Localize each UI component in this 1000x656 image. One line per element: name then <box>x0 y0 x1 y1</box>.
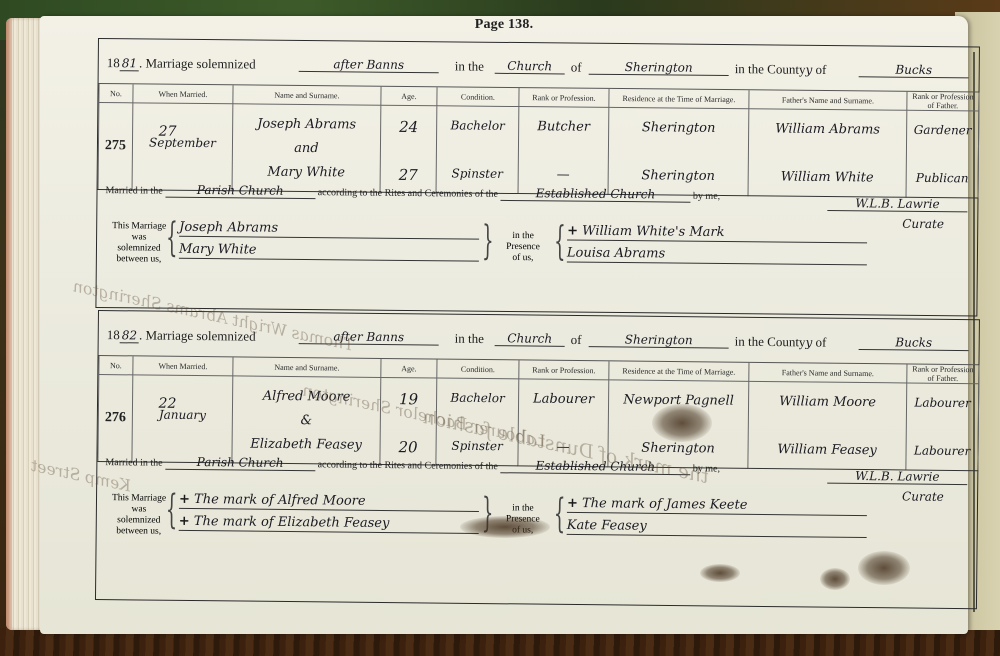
column-header: Residence at the Time of Marriage. <box>609 89 749 109</box>
groom-age: 24 <box>381 118 436 137</box>
register-text: Louisa Abrams <box>567 246 665 262</box>
bride-name: Elizabeth Feasey <box>233 436 380 453</box>
register-text: The mark of Alfred Moore <box>194 492 366 509</box>
register-text: The mark of Elizabeth Feasey <box>194 514 390 531</box>
groom-residence: Newport Pagnell <box>609 392 748 408</box>
column-header: Condition. <box>437 360 519 379</box>
married-in-field: Parish Church <box>165 183 315 199</box>
column-header: Name and Surname. <box>233 85 381 105</box>
bride-father: William White <box>749 169 906 186</box>
register-text: of <box>571 332 582 348</box>
register-text: BachelorSpinster <box>436 106 519 194</box>
register-text: of <box>815 335 826 350</box>
column-header: Condition. <box>437 87 519 106</box>
register-text: 2427 <box>380 105 437 193</box>
county-field: Bucks <box>859 335 969 351</box>
register-text: Labourer— <box>518 379 608 466</box>
register-text: was <box>105 232 173 244</box>
column-header: Age. <box>381 87 437 106</box>
register-page: Page 138. 1881. Marriage solemnized afte… <box>40 16 968 634</box>
county-field: Bucks <box>859 62 969 78</box>
brace: } <box>482 221 494 261</box>
register-text: William MooreWilliam Feasey <box>748 381 907 470</box>
party-signature-1: + The mark of Alfred Moore <box>179 492 479 512</box>
register-text: in the <box>495 231 551 243</box>
groom-age: 19 <box>381 390 436 409</box>
bride-rank: — <box>519 439 608 455</box>
witness-signature-1: + The mark of James Keete <box>567 496 867 516</box>
column-header: Rank or Profession of Father. <box>907 364 979 383</box>
register-text: y <box>805 63 812 77</box>
register-text: in the County <box>735 61 806 77</box>
bride-residence: Sherington <box>609 168 748 184</box>
register-text: The mark of James Keete <box>582 496 748 513</box>
register-text: 276 <box>98 375 133 462</box>
solemnized-by-field: after Banns <box>299 329 439 345</box>
register-text: in the <box>455 331 484 347</box>
column-header: Father's Name and Surname. <box>749 363 907 383</box>
bride-age: 20 <box>380 438 435 457</box>
presence-label: in thePresenceof us, <box>495 503 551 537</box>
register-text: William AbramsWilliam White <box>749 109 907 197</box>
conjunction: & <box>233 412 380 429</box>
page-number: Page 138. <box>40 17 968 33</box>
register-text: GardenerPublican <box>907 111 979 198</box>
register-text: 27September <box>133 103 233 190</box>
place-type-field: Church <box>495 331 565 347</box>
register-text: SheringtonSherington <box>609 108 749 195</box>
marriage-month: September <box>133 135 232 150</box>
register-text: Presence <box>495 242 551 254</box>
register-text: solemnized <box>105 515 173 527</box>
register-text: according to the Rites and Ceremonies of… <box>318 187 498 200</box>
groom-rank: Labourer <box>519 391 608 407</box>
officiant-title: Curate <box>902 217 944 231</box>
between-us-label: This Marriagewassolemnizedbetween us, <box>105 221 173 266</box>
brace: { <box>166 490 178 530</box>
groom-father: William Abrams <box>749 121 906 138</box>
place-type-field: Church <box>495 59 565 75</box>
register-text: by me, <box>693 463 720 474</box>
register-text: SheringtonSherington <box>608 107 749 195</box>
register-text: Joseph AbramsandMary White <box>233 104 381 191</box>
register-text: 18 <box>107 55 120 70</box>
register-text: BachelorSpinster <box>436 379 518 466</box>
column-header: Age. <box>381 359 437 378</box>
register-text: . Marriage solemnized <box>139 327 256 343</box>
register-text: BachelorSpinster <box>436 378 519 466</box>
party-signature-2: Mary White <box>179 242 479 262</box>
entry-number: 275 <box>99 138 132 154</box>
brace: } <box>482 493 494 533</box>
register-text: of us, <box>495 253 551 265</box>
year-suffix: 81 <box>120 56 139 71</box>
column-header: No. <box>99 356 133 375</box>
register-text: Newport PagnellSherington <box>608 380 748 467</box>
column-header: When Married. <box>133 356 233 376</box>
witness-signature-2: Kate Feasey <box>567 518 867 538</box>
cross-mark: + <box>179 514 190 529</box>
register-text: of <box>815 62 826 77</box>
brace: { <box>554 494 566 534</box>
register-text: Presence <box>495 514 551 526</box>
party-signature-1: Joseph Abrams <box>179 220 479 240</box>
groom-condition: Bachelor <box>437 118 518 133</box>
register-text: in the <box>455 58 484 74</box>
groom-name: Alfred Moore <box>233 388 380 405</box>
groom-name: Joseph Abrams <box>233 116 380 132</box>
register-text: Alfred Moore&Elizabeth Feasey <box>232 376 381 465</box>
register-text: BachelorSpinster <box>437 106 519 193</box>
officiant-title: Curate <box>902 489 944 503</box>
register-text: Married in the <box>105 185 162 197</box>
marriage-month: January <box>133 407 232 422</box>
register-text: was <box>105 504 173 516</box>
bride-residence: Sherington <box>609 440 748 456</box>
column-header: Father's Name and Surname. <box>749 90 907 110</box>
marriage-entry-275: 1881. Marriage solemnized after Banns in… <box>95 38 980 316</box>
register-text: Labourer— <box>518 379 609 467</box>
conjunction: and <box>233 140 380 156</box>
register-text: Joseph AbramsandMary White <box>232 104 381 192</box>
bride-father-rank: Publican <box>907 171 978 186</box>
rites-field: Established Church <box>500 458 690 475</box>
parish-field: Sherington <box>589 60 729 76</box>
presence-label: in thePresenceof us, <box>495 231 551 265</box>
register-text: Butcher— <box>519 107 609 194</box>
register-text: y <box>805 335 812 349</box>
solemnized-by-field: after Banns <box>299 57 439 73</box>
register-text: of us, <box>495 525 551 537</box>
register-text: Mary White <box>179 242 257 258</box>
column-header: Rank or Profession. <box>519 360 609 379</box>
cross-mark: + <box>567 224 578 239</box>
brace: { <box>166 218 178 258</box>
register-text: in the Countyy of <box>735 61 827 78</box>
bride-rank: — <box>519 167 608 183</box>
register-text: between us, <box>105 526 173 538</box>
rites-field: Established Church <box>500 186 690 203</box>
register-text: Kate Feasey <box>567 518 647 534</box>
register-text: 22January <box>132 375 232 462</box>
column-header: Rank or Profession. <box>519 88 609 107</box>
register-text: 22January <box>132 375 233 463</box>
register-text: 1881. Marriage solemnized <box>107 55 256 72</box>
groom-condition: Bachelor <box>437 391 518 406</box>
groom-rank: Butcher <box>519 119 608 135</box>
bride-father: William Feasey <box>748 442 905 459</box>
register-text: LabourerLabourer <box>906 383 978 470</box>
marriage-entry-276: 1882. Marriage solemnized after Banns in… <box>95 310 980 609</box>
cross-mark: + <box>567 496 578 511</box>
entry-number: 276 <box>99 410 132 426</box>
register-text: This Marriage <box>105 493 173 505</box>
register-text: solemnized <box>105 243 173 255</box>
cross-mark: + <box>179 492 190 507</box>
party-signature-2: + The mark of Elizabeth Feasey <box>179 514 479 534</box>
register-text: 1920 <box>380 378 436 465</box>
register-text: 18 <box>107 327 120 342</box>
register-text: Alfred Moore&Elizabeth Feasey <box>232 376 380 464</box>
witness-signature-1: + William White's Mark <box>567 224 867 244</box>
groom-residence: Sherington <box>609 120 748 136</box>
register-text: in the Countyy of <box>735 334 827 351</box>
register-table: No.When Married.Name and Surname.Age.Con… <box>98 84 980 198</box>
register-text: William AbramsWilliam White <box>748 109 907 198</box>
register-text: in the <box>495 503 551 515</box>
register-text: 27September <box>132 103 233 191</box>
register-text: . Marriage solemnized <box>139 55 256 71</box>
column-header: Name and Surname. <box>233 357 381 377</box>
register-text: 275 <box>98 103 133 190</box>
column-header: Rank or Profession of Father. <box>907 92 979 111</box>
register-text: GardenerPublican <box>906 110 979 198</box>
year-suffix: 82 <box>120 328 139 343</box>
officiant-signature: W.L.B. Lawrie <box>827 196 967 212</box>
register-text: Butcher— <box>518 107 609 195</box>
groom-father-rank: Gardener <box>907 123 978 138</box>
register-text: according to the Rites and Ceremonies of… <box>318 459 498 472</box>
groom-father-rank: Labourer <box>907 395 978 410</box>
bride-age: 27 <box>381 166 436 185</box>
witness-signature-2: Louisa Abrams <box>567 246 867 266</box>
bride-name: Mary White <box>233 164 380 180</box>
column-header: Residence at the Time of Marriage. <box>609 361 749 381</box>
groom-father: William Moore <box>749 394 906 411</box>
register-text: 1920 <box>380 377 437 465</box>
bride-condition: Spinster <box>437 166 518 181</box>
register-text: Newport PagnellSherington <box>608 380 749 468</box>
brace: { <box>554 221 566 261</box>
register-text: William MooreWilliam Feasey <box>748 382 906 470</box>
register-text: This Marriage <box>105 221 173 233</box>
register-text: LabourerLabourer <box>906 383 979 471</box>
column-header: No. <box>99 84 133 103</box>
bride-father-rank: Labourer <box>907 443 978 458</box>
register-text: 2427 <box>381 106 437 193</box>
register-text: 1882. Marriage solemnized <box>107 327 256 345</box>
parish-field: Sherington <box>589 332 729 348</box>
register-text: William White's Mark <box>582 224 724 240</box>
between-us-label: This Marriagewassolemnizedbetween us, <box>105 493 173 538</box>
register-text: Joseph Abrams <box>179 220 278 236</box>
register-table: No.When Married.Name and Surname.Age.Con… <box>97 356 979 471</box>
married-in-field: Parish Church <box>165 455 315 472</box>
column-header: When Married. <box>133 84 233 103</box>
officiant-signature: W.L.B. Lawrie <box>827 469 967 485</box>
register-text: Married in the <box>105 457 162 469</box>
register-text: of <box>571 60 582 76</box>
register-text: by me, <box>693 191 720 202</box>
register-text: between us, <box>105 254 173 266</box>
register-text: in the County <box>735 334 806 350</box>
bride-condition: Spinster <box>437 439 518 454</box>
